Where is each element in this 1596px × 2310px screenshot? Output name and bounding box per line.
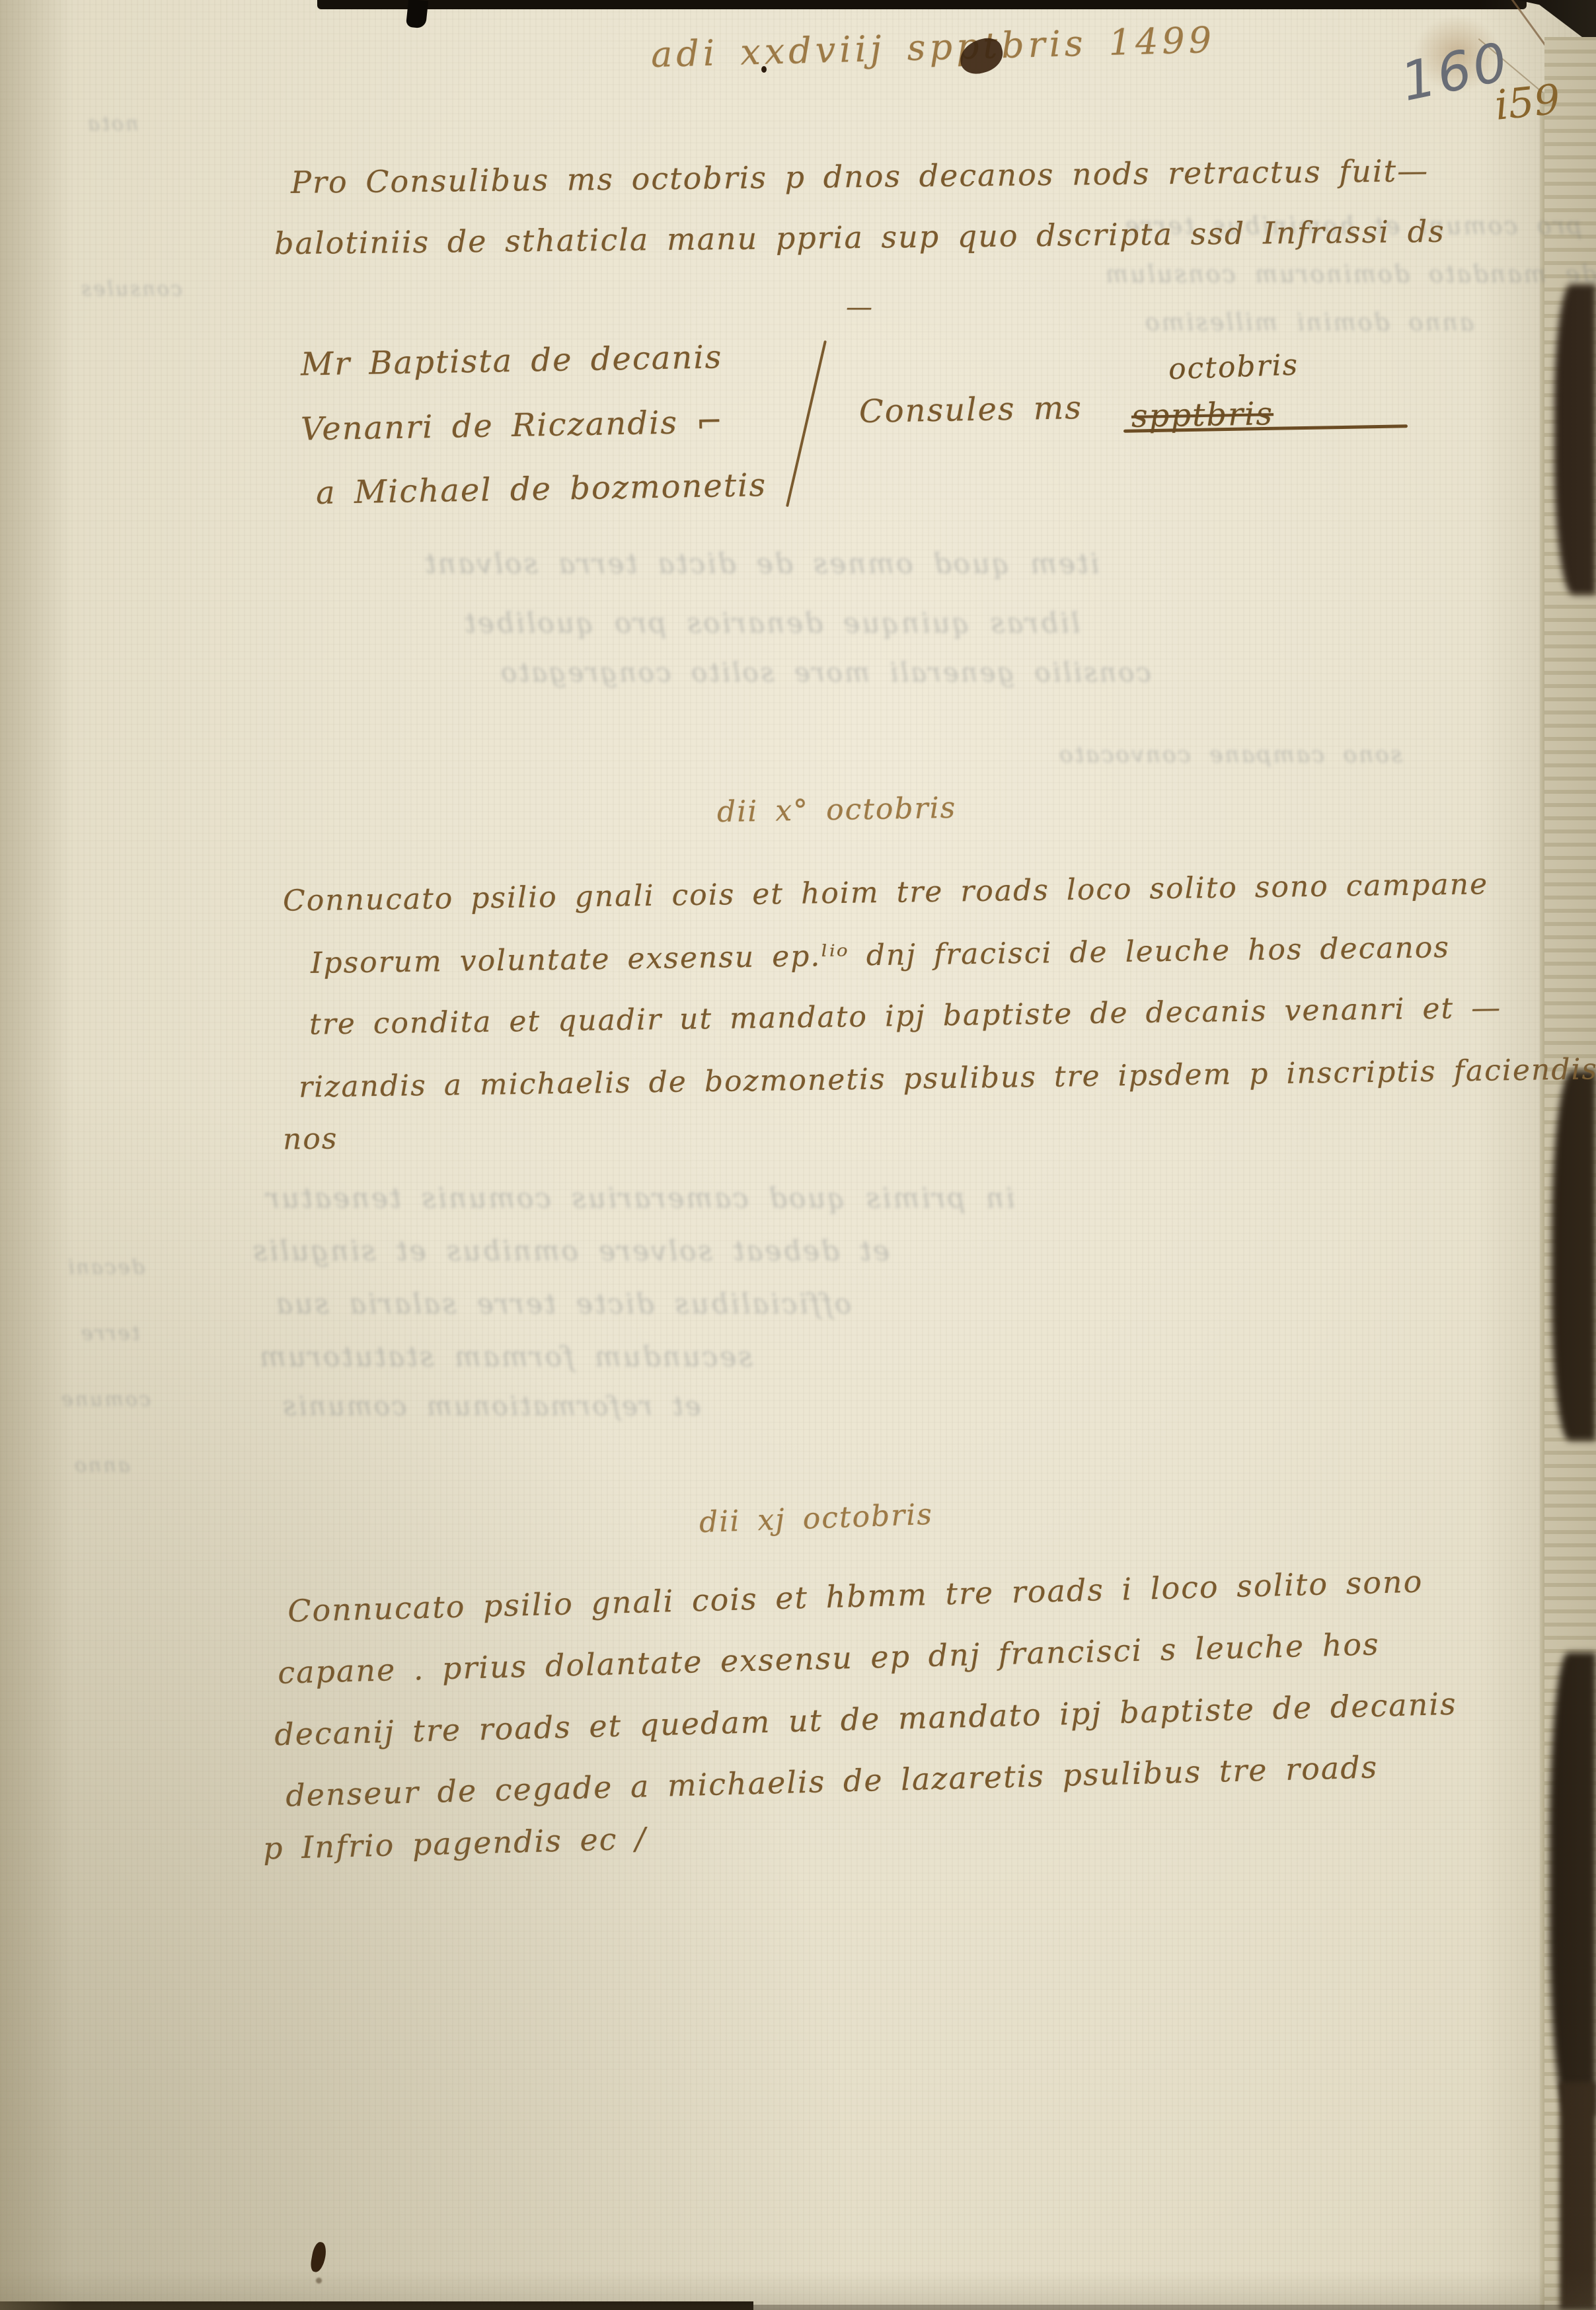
heading-date: adi xxdviij spptbris 1499: [650, 19, 1215, 75]
ink-speck: [761, 66, 767, 73]
session2-line: Connucato psilio gnali cois et hbmm tre …: [287, 1564, 1424, 1629]
bleedthrough-line: item quod omnes de dicta terra solvant: [423, 547, 1099, 580]
binding-shadow-patch-3: [1550, 1652, 1596, 2115]
session2-line: decanij tre roads et quedam ut de mandat…: [274, 1686, 1458, 1753]
bleedthrough-margin-word: nota: [86, 112, 138, 135]
consul-name: Venanri de Riczandis ⌐: [301, 403, 724, 447]
session2-heading: dii xj octobris: [699, 1498, 933, 1539]
consul-name: Mr Baptista de decanis: [301, 338, 723, 383]
bleedthrough-line: consilio generali more solito congregato: [499, 658, 1151, 688]
consuls-label: Consules ms: [859, 389, 1083, 430]
bleedthrough-line: officialibus dicte terre salaria sua: [274, 1288, 851, 1320]
paper-texture: [0, 0, 1596, 2310]
session1-line: Connucato psilio gnali cois et hoim tre …: [283, 867, 1489, 917]
bleedthrough-margin-word: anno: [73, 1454, 130, 1477]
bleedthrough-margin-word: terre: [79, 1322, 139, 1345]
folio-number-ink: i59: [1492, 75, 1562, 130]
session1-heading: dii x° octobris: [717, 791, 957, 829]
top-edge-nub: [406, 0, 428, 28]
bleedthrough-line: sono campane convocato: [1057, 742, 1402, 768]
session1-line: rizandis a michaelis de bozmonetis psuli…: [299, 1052, 1596, 1104]
binding-shadow-patch-2: [1552, 1071, 1596, 1441]
bleedthrough-line: in primis quod camerarius comunis teneat…: [264, 1182, 1014, 1214]
ink-blot: [309, 2241, 328, 2274]
bleedthrough-line: secundum formam statutorum: [258, 1340, 753, 1373]
page-edge-line: [1540, 93, 1544, 2310]
bleedthrough-margin-word: decani: [66, 1256, 145, 1279]
bleedthrough-margin-word: comune: [59, 1388, 151, 1411]
inserted-month: octobris: [1168, 348, 1299, 387]
session2-line: denseur de cegade a michaelis de lazaret…: [285, 1749, 1379, 1813]
page-vignette: [0, 0, 1596, 2310]
bleedthrough-margin-word: consules: [79, 278, 182, 301]
session2-line: capane . prius dolantate exsensu ep dnj …: [278, 1626, 1381, 1691]
bleedthrough-line: anno domini millesimo: [1143, 309, 1474, 336]
manuscript-page: pro comuni et hominibus terre de mandato…: [0, 0, 1596, 2310]
scan-bottom-shade: [0, 2305, 1596, 2310]
scan-top-dark-band: [317, 0, 1527, 9]
binding-shadow-patch-1: [1554, 284, 1596, 595]
brace-stroke: [786, 340, 827, 507]
session1-line: Ipsorum voluntate exsensu ep.ˡⁱᵒ dnj fra…: [311, 931, 1451, 980]
intro-line: Pro Consulibus ms octobris p dnos decano…: [291, 153, 1429, 200]
ink-blot-tail: [316, 2278, 322, 2284]
bleedthrough-line: de mandato dominorum consulum: [1104, 261, 1596, 288]
bleedthrough-line: libras quinque denarios pro quolibet: [463, 607, 1080, 639]
intro-dash: —: [846, 292, 874, 323]
session1-line: tre condita et quadir ut mandato ipj bap…: [309, 991, 1502, 1041]
consul-name: a Michael de bozmonetis: [316, 467, 767, 512]
bleedthrough-line: et reformationum comunis: [281, 1391, 701, 1422]
binding-shadow-patch-4: [1560, 2082, 1596, 2310]
intro-line: balotiniis de sthaticla manu ppria sup q…: [274, 213, 1445, 262]
session1-line: nos: [283, 1122, 338, 1156]
bleedthrough-line: et debeat solvere omnibus et singulis: [251, 1235, 890, 1267]
session2-line: p Infrio pagendis ec /: [262, 1820, 647, 1866]
